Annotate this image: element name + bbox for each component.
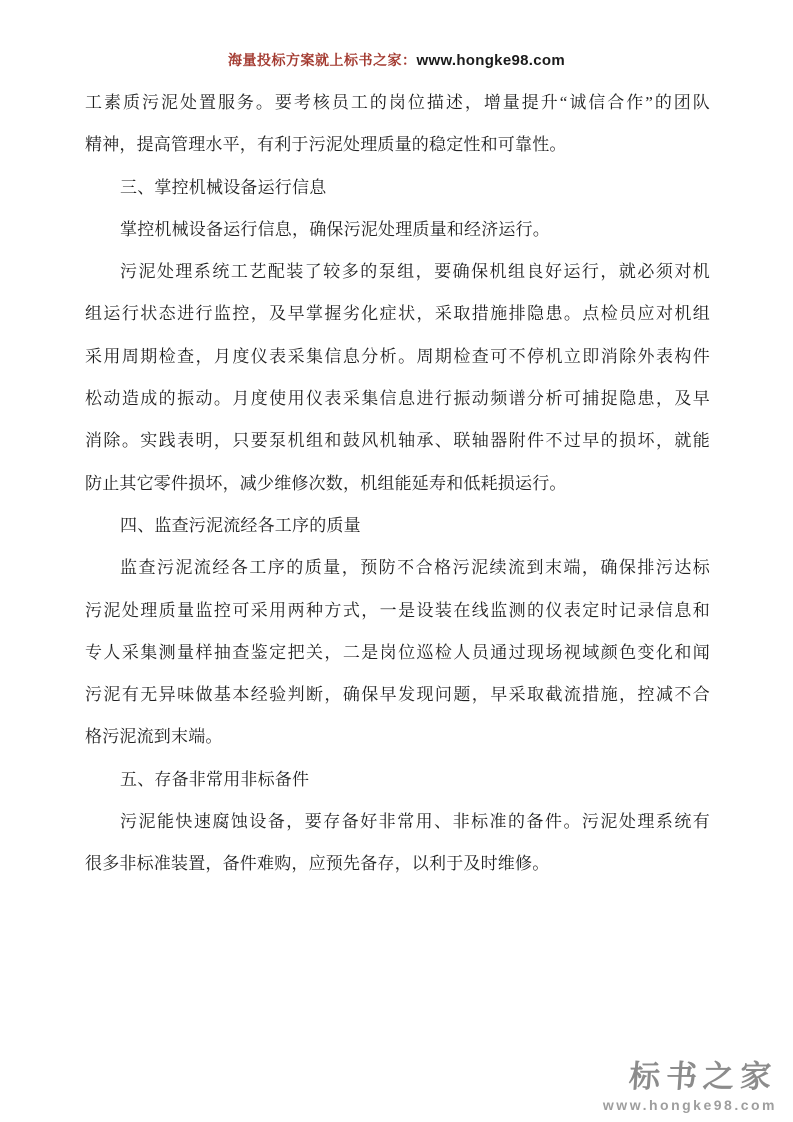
section-heading: 四、监查污泥流经各工序的质量 — [85, 505, 710, 547]
document-page: 海量投标方案就上标书之家：www.hongke98.com 工素质污泥处置服务。… — [0, 0, 793, 1122]
header-site-url: www.hongke98.com — [417, 52, 565, 69]
body-text-line: 监查污泥流经各工序的质量，预防不合格污泥续流到末端，确保排污达标 — [85, 547, 710, 589]
body-text-line: 采用周期检查，月度仪表采集信息分析。周期检查可不停机立即消除外表构件 — [85, 336, 710, 378]
body-text-line: 精神，提高管理水平，有利于污泥处理质量的稳定性和可靠性。 — [85, 124, 710, 166]
page-header: 海量投标方案就上标书之家：www.hongke98.com — [0, 50, 793, 70]
body-text-line: 组运行状态进行监控，及早掌握劣化症状，采取措施排隐患。点检员应对机组 — [85, 293, 710, 335]
watermark-url: www.hongke98.com — [603, 1097, 777, 1113]
document-body: 工素质污泥处置服务。要考核员工的岗位描述，增量提升“诚信合作”的团队精神，提高管… — [85, 82, 710, 886]
body-text-line: 污泥处理质量监控可采用两种方式，一是设装在线监测的仪表定时记录信息和 — [85, 590, 710, 632]
body-text-line: 消除。实践表明，只要泵机组和鼓风机轴承、联轴器附件不过早的损坏，就能 — [85, 420, 710, 462]
body-text-line: 防止其它零件损坏，减少维修次数，机组能延寿和低耗损运行。 — [85, 463, 710, 505]
body-text-line: 污泥处理系统工艺配装了较多的泵组，要确保机组良好运行，就必须对机 — [85, 251, 710, 293]
body-text-line: 工素质污泥处置服务。要考核员工的岗位描述，增量提升“诚信合作”的团队 — [85, 82, 710, 124]
section-heading: 五、存备非常用非标备件 — [85, 759, 710, 801]
body-text-line: 很多非标准装置，备件难购，应预先备存，以利于及时维修。 — [85, 843, 710, 885]
watermark: 标书之家 www.hongke98.com — [603, 1060, 777, 1113]
body-text-line: 掌控机械设备运行信息，确保污泥处理质量和经济运行。 — [85, 209, 710, 251]
header-site-label: 海量投标方案就上标书之家： — [228, 54, 417, 69]
body-text-line: 专人采集测量样抽查鉴定把关，二是岗位巡检人员通过现场视域颜色变化和闻 — [85, 632, 710, 674]
body-text-line: 污泥能快速腐蚀设备，要存备好非常用、非标准的备件。污泥处理系统有 — [85, 801, 710, 843]
watermark-logo-text: 标书之家 — [602, 1060, 778, 1094]
body-text-line: 松动造成的振动。月度使用仪表采集信息进行振动频谱分析可捕捉隐患，及早 — [85, 378, 710, 420]
body-text-line: 格污泥流到末端。 — [85, 716, 710, 758]
body-text-line: 污泥有无异味做基本经验判断，确保早发现问题，早采取截流措施，控减不合 — [85, 674, 710, 716]
section-heading: 三、掌控机械设备运行信息 — [85, 167, 710, 209]
